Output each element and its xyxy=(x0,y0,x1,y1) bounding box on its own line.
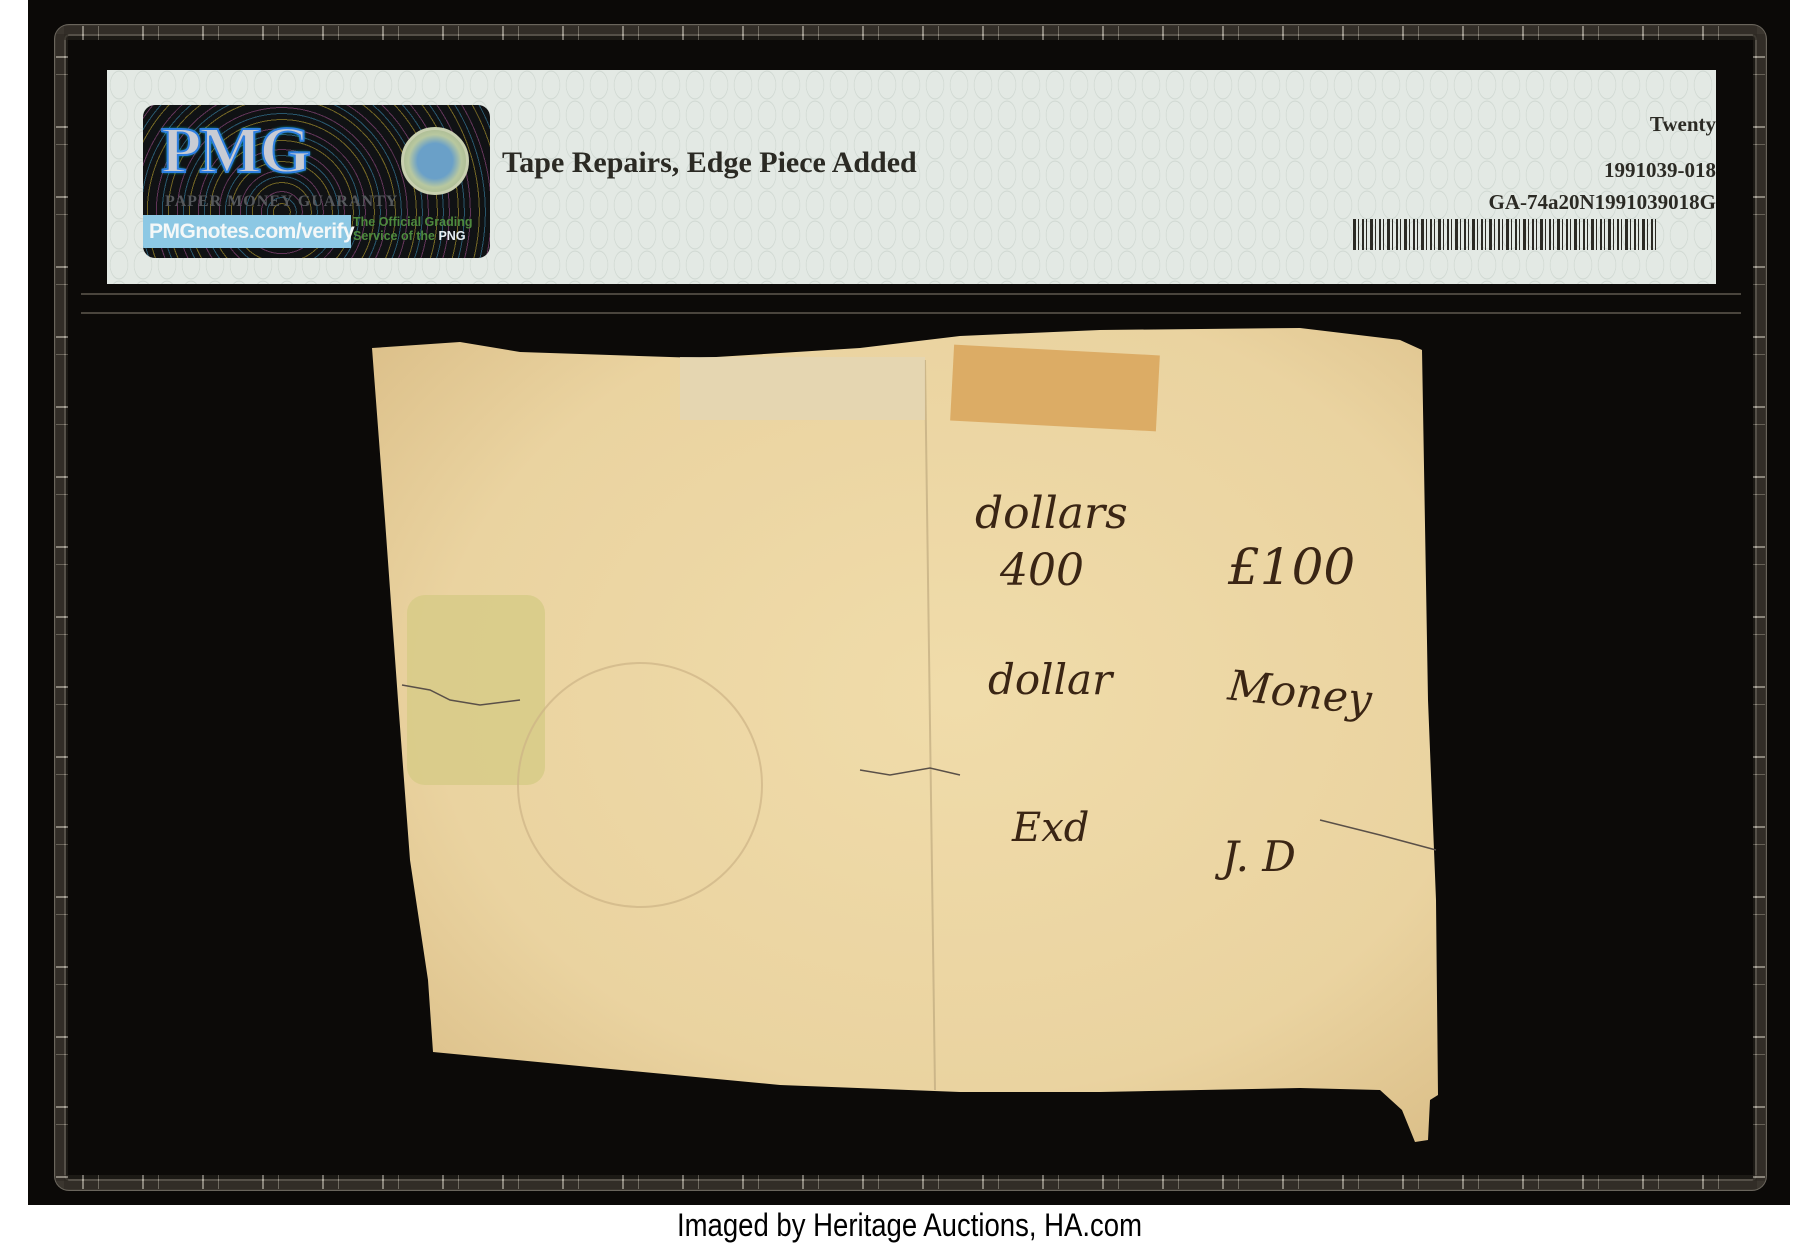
handwriting-exd: Exd xyxy=(1012,805,1089,851)
handwriting-initials: J. D xyxy=(1222,832,1296,881)
banknote-back xyxy=(0,0,1819,1245)
handwriting-dollar: dollar xyxy=(988,655,1112,704)
tape-orange xyxy=(950,345,1160,432)
tape-light xyxy=(680,357,925,420)
handwriting-dollars: dollars xyxy=(975,488,1128,539)
handwriting-100-pounds: £100 xyxy=(1228,538,1355,596)
image-credit-caption: Imaged by Heritage Auctions, HA.com xyxy=(127,1207,1691,1244)
handwriting-400: 400 xyxy=(1000,545,1084,596)
